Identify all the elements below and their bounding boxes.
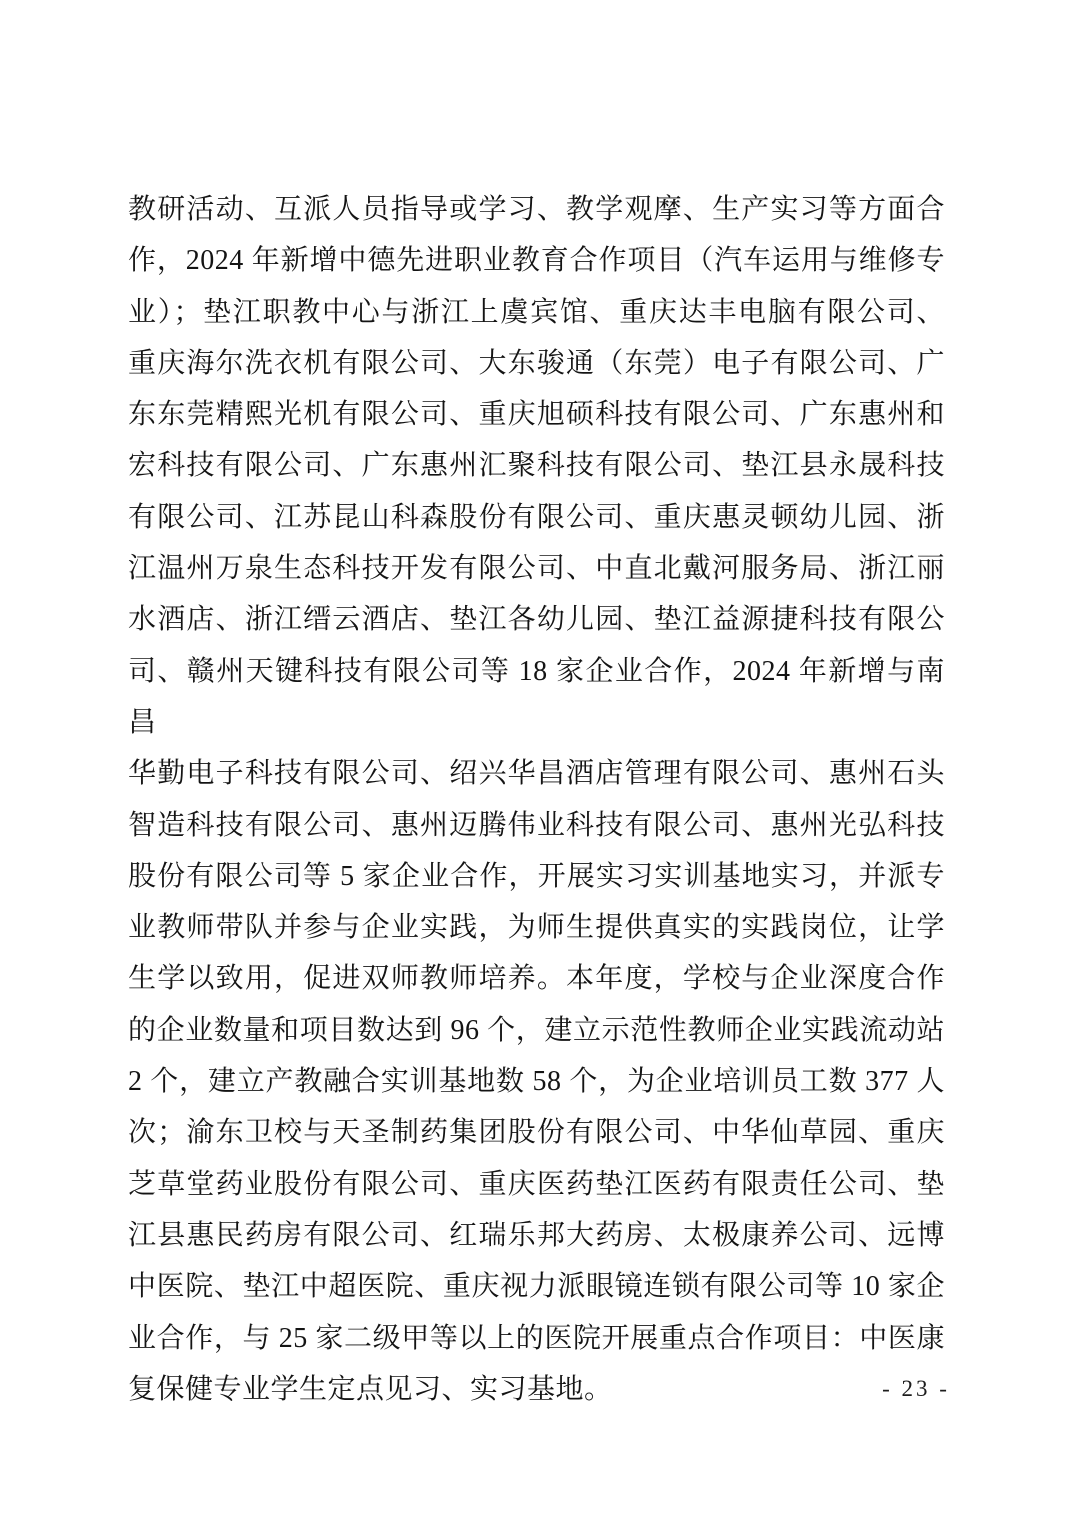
document-page: 教研活动、互派人员指导或学习、教学观摩、生产实习等方面合 作，2024 年新增中… <box>0 0 1074 1520</box>
text-line: 司、赣州天键科技有限公司等 18 家企业合作，2024 年新增与南昌 <box>128 646 945 749</box>
text-line: 次；渝东卫校与天圣制药集团股份有限公司、中华仙草园、重庆 <box>128 1107 945 1158</box>
text-line: 教研活动、互派人员指导或学习、教学观摩、生产实习等方面合 <box>128 184 945 235</box>
text-line: 智造科技有限公司、惠州迈腾伟业科技有限公司、惠州光弘科技 <box>128 800 945 851</box>
text-line: 业教师带队并参与企业实践，为师生提供真实的实践岗位，让学 <box>128 902 945 953</box>
text-line: 芝草堂药业股份有限公司、重庆医药垫江医药有限责任公司、垫 <box>128 1159 945 1210</box>
text-line: 水酒店、浙江缙云酒店、垫江各幼儿园、垫江益源捷科技有限公 <box>128 594 945 645</box>
text-line: 的企业数量和项目数达到 96 个，建立示范性教师企业实践流动站 <box>128 1005 945 1056</box>
text-line: 2 个，建立产教融合实训基地数 58 个，为企业培训员工数 377 人 <box>128 1056 945 1107</box>
text-line: 东东莞精熙光机有限公司、重庆旭硕科技有限公司、广东惠州和 <box>128 389 945 440</box>
text-line: 中医院、垫江中超医院、重庆视力派眼镜连锁有限公司等 10 家企 <box>128 1261 945 1312</box>
text-line: 江温州万泉生态科技开发有限公司、中直北戴河服务局、浙江丽 <box>128 543 945 594</box>
text-line: 作，2024 年新增中德先进职业教育合作项目（汽车运用与维修专 <box>128 235 945 286</box>
text-line: 有限公司、江苏昆山科森股份有限公司、重庆惠灵顿幼儿园、浙 <box>128 492 945 543</box>
text-line: 宏科技有限公司、广东惠州汇聚科技有限公司、垫江县永晟科技 <box>128 440 945 491</box>
text-line: 股份有限公司等 5 家企业合作，开展实习实训基地实习，并派专 <box>128 851 945 902</box>
text-line: 江县惠民药房有限公司、红瑞乐邦大药房、太极康养公司、远博 <box>128 1210 945 1261</box>
text-line: 复保健专业学生定点见习、实习基地。 <box>128 1364 945 1415</box>
text-line: 业）；垫江职教中心与浙江上虞宾馆、重庆达丰电脑有限公司、 <box>128 287 945 338</box>
text-line: 业合作，与 25 家二级甲等以上的医院开展重点合作项目：中医康 <box>128 1313 945 1364</box>
body-text-block: 教研活动、互派人员指导或学习、教学观摩、生产实习等方面合 作，2024 年新增中… <box>128 184 945 1415</box>
page-number: - 23 - <box>862 1376 970 1402</box>
text-line: 生学以致用，促进双师教师培养。本年度，学校与企业深度合作 <box>128 953 945 1004</box>
text-line: 重庆海尔洗衣机有限公司、大东骏通（东莞）电子有限公司、广 <box>128 338 945 389</box>
text-line: 华勤电子科技有限公司、绍兴华昌酒店管理有限公司、惠州石头 <box>128 748 945 799</box>
